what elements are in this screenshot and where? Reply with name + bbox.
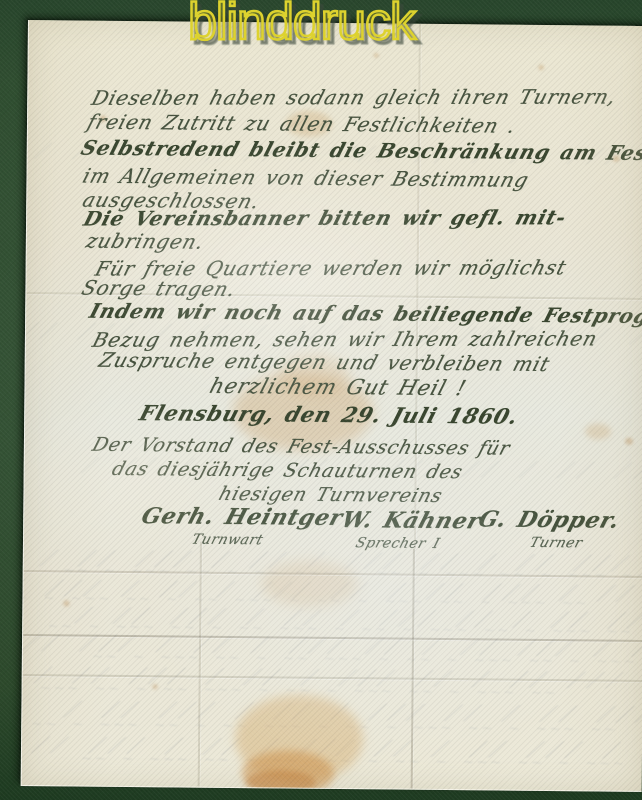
- bleedthrough-marks: ~~ ~ ~~~ ~~ ~ ~~ ~~~ ~ ~~ ~ ~~~ ~~ ~ ~~~…: [21, 677, 559, 702]
- committee-line: das diesjährige Schauturnen des: [109, 458, 465, 483]
- signature-name: W. Kähner: [338, 507, 483, 534]
- committee-line: Der Vorstand des Fest-Ausschusses für: [90, 434, 513, 460]
- handwriting-line: Selbstredend bleibt die Beschränkung am …: [78, 136, 642, 166]
- stain: [246, 770, 316, 792]
- stain: [585, 423, 611, 439]
- signature-name: G. Döpper.: [475, 506, 623, 533]
- foxing-dot: [153, 684, 158, 689]
- bleedthrough-marks: ~~ ~ ~~~ ~~ ~ ~~ ~~~ ~ ~~ ~ ~~~ ~~ ~ ~~~…: [93, 647, 642, 672]
- signature-title: Turnwart: [190, 532, 265, 549]
- bleedthrough-marks: / // /// / // / /// // / // /// / // ///…: [71, 603, 642, 635]
- bleedthrough-marks: ~~ ~ ~~~ ~~ ~ ~~ ~~~ ~ ~~ ~ ~~~ ~~ ~ ~~~…: [32, 714, 618, 739]
- handwriting-line: Indem wir noch auf das beiliegende Festp…: [87, 299, 642, 329]
- stain: [242, 750, 334, 792]
- bleedthrough-marks: ~~ ~ ~~~ ~~ ~ ~~ ~~~ ~ ~~ ~ ~~~ ~~ ~ ~~~…: [64, 560, 642, 585]
- foxing-dot: [63, 600, 69, 606]
- fold-crease: [23, 634, 642, 642]
- letter-paper: / // /// / // / /// // / // /// / // ///…: [21, 20, 642, 792]
- bleedthrough-marks: / // /// / // / /// // / // /// / // ///…: [21, 630, 642, 662]
- foxing-dot: [374, 53, 379, 57]
- foxing-dot: [625, 438, 633, 445]
- handwriting-line: zubringen.: [83, 229, 207, 254]
- bleedthrough-marks: ~~ ~ ~~~ ~~ ~ ~~ ~~~ ~ ~~ ~ ~~~ ~~ ~ ~~~…: [48, 616, 634, 641]
- signature-title: Sprecher I: [354, 535, 442, 552]
- foxing-dot: [539, 65, 544, 70]
- handwriting-line: Die Vereinsbanner bitten wir gefl. mit-: [81, 205, 569, 230]
- signature-title: Turner: [528, 535, 585, 551]
- bleedthrough-marks: / // /// / // / /// // / // /// / // ///…: [21, 732, 642, 764]
- bleedthrough-marks: ~~ ~ ~~~ ~~ ~ ~~ ~~~ ~ ~~ ~ ~~~ ~~ ~ ~~~…: [82, 749, 642, 774]
- handwriting-line: Zuspruche entgegen und verbleiben mit: [96, 348, 553, 376]
- handwriting-line: Dieselben haben sodann gleich ihren Turn…: [89, 84, 619, 109]
- stain: [235, 694, 364, 783]
- signature-name: Gerh. Heintger: [138, 503, 346, 531]
- fold-crease: [24, 570, 642, 578]
- dateline: Flensburg, den 29. Juli 1860.: [137, 400, 522, 429]
- fold-crease: [411, 549, 415, 789]
- handwriting-line: freien Zutritt zu allen Festlichkeiten .: [84, 110, 519, 138]
- handwriting-line: Sorge tragen.: [79, 276, 239, 301]
- bleedthrough-marks: / // /// / // / /// // / // /// / // ///…: [60, 696, 642, 728]
- handwriting-line: herzlichem Gut Heil !: [207, 374, 469, 400]
- fold-crease: [23, 674, 642, 682]
- stain: [261, 560, 357, 607]
- album-background: / // /// / // / /// // / // /// / // ///…: [0, 0, 642, 800]
- bleedthrough-marks: / // /// / // / /// // / // /// / // ///…: [30, 662, 642, 694]
- bleedthrough-marks: / // /// / // / /// // / // /// / // ///…: [21, 574, 642, 606]
- fold-crease: [198, 542, 202, 787]
- bleedthrough-marks: ~~ ~ ~~~ ~~ ~ ~~ ~~~ ~ ~~ ~ ~~~ ~~ ~ ~~~…: [21, 588, 590, 613]
